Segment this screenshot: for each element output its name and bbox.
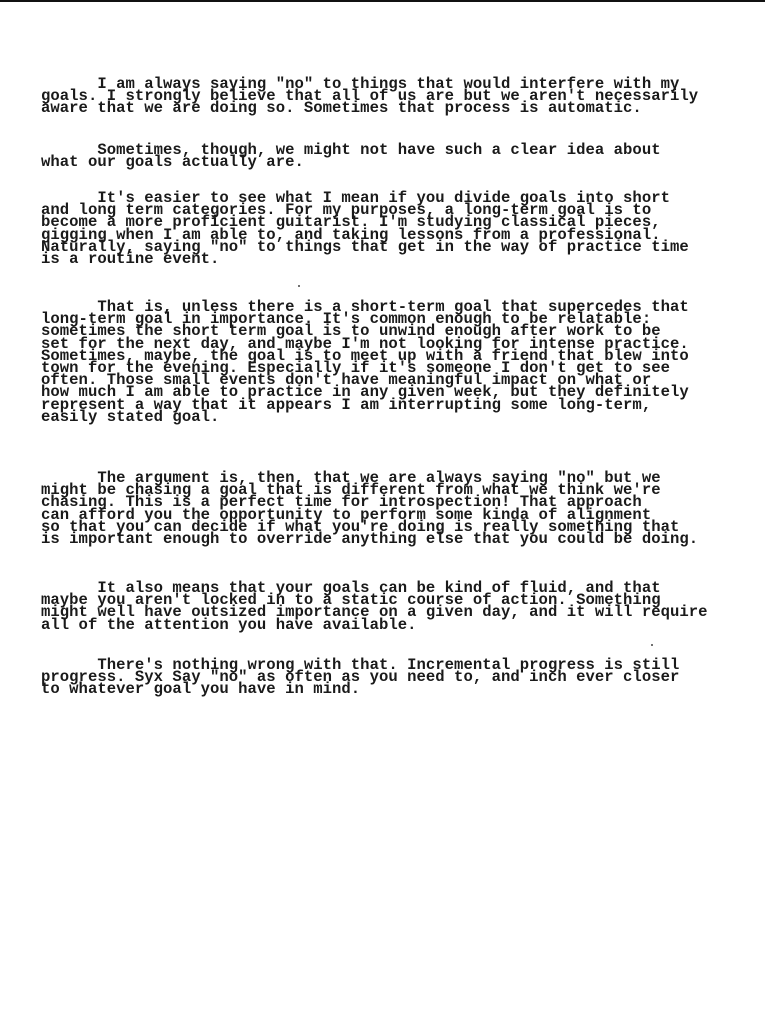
paragraph-6: It also means that your goals can be kin… (41, 582, 761, 631)
paragraph-3: It's easier to see what I mean if you di… (41, 192, 761, 265)
text-line: aware that we are doing so. Sometimes th… (41, 102, 761, 114)
text-line: to whatever goal you have in mind. (41, 683, 761, 695)
paragraph-1: I am always saying "no" to things that w… (41, 78, 761, 115)
paragraph-7: There's nothing wrong with that. Increme… (41, 659, 761, 696)
text-line: is a routine event. (41, 253, 761, 265)
text-line: easily stated goal. (41, 411, 761, 423)
text-line: is important enough to override anything… (41, 533, 761, 545)
text-line: all of the attention you have available. (41, 619, 761, 631)
paragraph-4: That is, unless there is a short-term go… (41, 301, 761, 423)
paper-speck (651, 644, 653, 646)
paragraph-5: The argument is, then, that we are alway… (41, 472, 761, 545)
paragraph-2: Sometimes, though, we might not have suc… (41, 144, 761, 168)
typewritten-page: I am always saying "no" to things that w… (0, 0, 765, 1023)
paper-speck (298, 285, 300, 287)
text-line: what our goals actually are. (41, 156, 761, 168)
